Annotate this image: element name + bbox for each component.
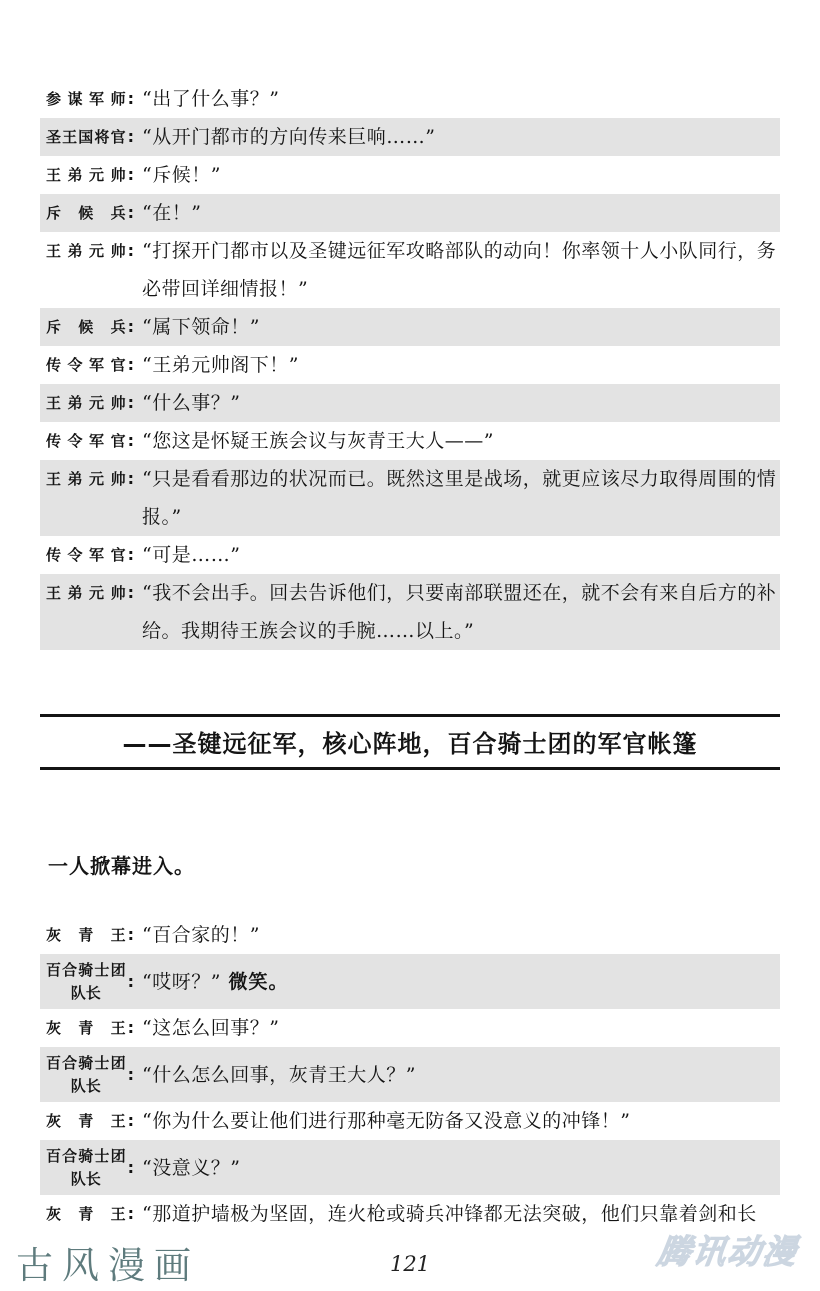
speaker-colon: : — [128, 80, 134, 118]
dialogue-row: 圣王国将官: “从开门都市的方向传来巨响……” — [40, 118, 780, 156]
speaker-colon: : — [128, 308, 134, 346]
dialogue-text: “只是看看那边的状况而已。既然这里是战场，就更应该尽力取得周围的情报。” — [142, 468, 776, 528]
dialogue-text: “出了什么事？” — [142, 88, 279, 110]
dialogue-text: “什么事？” — [142, 392, 240, 414]
speaker-colon: : — [128, 118, 134, 156]
dialogue-row: 王弟元帅: “斥候！” — [40, 156, 780, 194]
speaker-colon: : — [128, 916, 134, 954]
speaker-colon: : — [128, 422, 134, 460]
dialogue-line: “在！” — [142, 194, 780, 232]
speaker-name: 王弟元帅: — [46, 460, 134, 498]
speaker-text: 灰 青 王 — [46, 1195, 126, 1233]
speaker-name: 灰 青 王: — [46, 1009, 134, 1047]
dialogue-line: “什么事？” — [142, 384, 780, 422]
speaker-text: 王弟元帅 — [46, 574, 126, 612]
speaker-text: 传令军官 — [46, 536, 126, 574]
speaker-name: 王弟元帅: — [46, 232, 134, 270]
speaker-text: 参谋军师 — [46, 80, 126, 118]
speaker-name: 斥 候 兵: — [46, 308, 134, 346]
dialogue-line: “王弟元帅阁下！” — [142, 346, 780, 384]
dialogue-line: “您这是怀疑王族会议与灰青王大人——” — [142, 422, 780, 460]
speaker-colon: : — [128, 1009, 134, 1047]
dialogue-text: “您这是怀疑王族会议与灰青王大人——” — [142, 430, 494, 452]
dialogue-line: “从开门都市的方向传来巨响……” — [142, 118, 780, 156]
speaker-name: 斥 候 兵: — [46, 194, 134, 232]
dialogue-text: “在！” — [142, 202, 201, 224]
dialogue-line: “出了什么事？” — [142, 80, 780, 118]
dialogue-row: 参谋军师: “出了什么事？” — [40, 80, 780, 118]
speaker-colon: : — [128, 194, 134, 232]
dialogue-text: “这怎么回事？” — [142, 1017, 279, 1039]
speaker-text: 圣王国将官 — [46, 118, 126, 156]
speaker-colon: : — [128, 346, 134, 384]
speaker-text: 王弟元帅 — [46, 384, 126, 422]
dialogue-line: “这怎么回事？” — [142, 1009, 780, 1047]
dialogue-line: “可是……” — [142, 536, 780, 574]
dialogue-row: 传令军官: “可是……” — [40, 536, 780, 574]
dialogue-line: “打探开门都市以及圣键远征军攻略部队的动向！你率领十人小队同行，务必带回详细情报… — [142, 232, 780, 308]
dialogue-text: “百合家的！” — [142, 924, 260, 946]
page-content: 参谋军师: “出了什么事？” 圣王国将官: “从开门都市的方向传来巨响……” 王… — [0, 0, 820, 1233]
speaker-name: 百合骑士团队长: — [46, 959, 134, 1005]
dialogue-line: “哎呀？” 微笑。 — [142, 963, 780, 1001]
dialogue-row: 斥 候 兵: “属下领命！” — [40, 308, 780, 346]
stage-direction: 一人掀幕进入。 — [40, 850, 780, 879]
dialogue-line: “没意义？” — [142, 1149, 780, 1187]
speaker-text: 传令军官 — [46, 346, 126, 384]
dialogue-row: 灰 青 王: “百合家的！” — [40, 916, 780, 954]
speaker-colon: : — [128, 156, 134, 194]
speaker-name: 传令军官: — [46, 536, 134, 574]
dialogue-line: “属下领命！” — [142, 308, 780, 346]
dialogue-text: “斥候！” — [142, 164, 221, 186]
dialogue-line: “只是看看那边的状况而已。既然这里是战场，就更应该尽力取得周围的情报。” — [142, 460, 780, 536]
dialogue-line: “你为什么要让他们进行那种毫无防备又没意义的冲锋！” — [142, 1102, 780, 1140]
action-text: 微笑。 — [221, 971, 289, 993]
dialogue-row: 斥 候 兵: “在！” — [40, 194, 780, 232]
speaker-name: 圣王国将官: — [46, 118, 134, 156]
dialogue-row: 王弟元帅: “只是看看那边的状况而已。既然这里是战场，就更应该尽力取得周围的情报… — [40, 460, 780, 536]
dialogue-text: “从开门都市的方向传来巨响……” — [142, 126, 435, 148]
speaker-text: 百合骑士团队长 — [46, 1052, 126, 1098]
dialogue-section-officer-tent: 灰 青 王: “百合家的！” 百合骑士团队长: “哎呀？” 微笑。 灰 青 王:… — [40, 916, 780, 1233]
dialogue-text: “你为什么要让他们进行那种毫无防备又没意义的冲锋！” — [142, 1110, 630, 1132]
speaker-colon: : — [128, 384, 134, 422]
speaker-name: 传令军官: — [46, 422, 134, 460]
dialogue-row: 传令军官: “您这是怀疑王族会议与灰青王大人——” — [40, 422, 780, 460]
speaker-name: 参谋军师: — [46, 80, 134, 118]
dialogue-row: 传令军官: “王弟元帅阁下！” — [40, 346, 780, 384]
speaker-name: 传令军官: — [46, 346, 134, 384]
speaker-text: 王弟元帅 — [46, 232, 126, 270]
speaker-colon: : — [128, 232, 134, 270]
speaker-name: 百合骑士团队长: — [46, 1145, 134, 1191]
speaker-text: 斥 候 兵 — [46, 308, 126, 346]
dialogue-text: “哎呀？” — [142, 971, 221, 993]
dialogue-row: 百合骑士团队长: “什么怎么回事，灰青王大人？” — [40, 1047, 780, 1102]
speaker-text: 百合骑士团队长 — [46, 1145, 126, 1191]
script-page: 参谋军师: “出了什么事？” 圣王国将官: “从开门都市的方向传来巨响……” 王… — [0, 0, 820, 1291]
speaker-colon: : — [128, 574, 134, 612]
speaker-colon: : — [128, 536, 134, 574]
dialogue-line: “斥候！” — [142, 156, 780, 194]
speaker-text: 斥 候 兵 — [46, 194, 126, 232]
speaker-colon: : — [128, 1195, 134, 1233]
speaker-text: 灰 青 王 — [46, 916, 126, 954]
dialogue-line: “我不会出手。回去告诉他们，只要南部联盟还在，就不会有来自后方的补给。我期待王族… — [142, 574, 780, 650]
dialogue-row: 百合骑士团队长: “没意义？” — [40, 1140, 780, 1195]
dialogue-text: “王弟元帅阁下！” — [142, 354, 299, 376]
speaker-name: 灰 青 王: — [46, 916, 134, 954]
speaker-colon: : — [128, 970, 134, 993]
dialogue-text: “什么怎么回事，灰青王大人？” — [142, 1064, 416, 1086]
dialogue-section-royal-camp: 参谋军师: “出了什么事？” 圣王国将官: “从开门都市的方向传来巨响……” 王… — [40, 80, 780, 650]
speaker-text: 灰 青 王 — [46, 1009, 126, 1047]
speaker-text: 王弟元帅 — [46, 156, 126, 194]
speaker-text: 灰 青 王 — [46, 1102, 126, 1140]
dialogue-line: “百合家的！” — [142, 916, 780, 954]
dialogue-row: 王弟元帅: “我不会出手。回去告诉他们，只要南部联盟还在，就不会有来自后方的补给… — [40, 574, 780, 650]
speaker-colon: : — [128, 1102, 134, 1140]
speaker-colon: : — [128, 1063, 134, 1086]
speaker-name: 灰 青 王: — [46, 1195, 134, 1233]
dialogue-text: “那道护墙极为坚固，连火枪或骑兵冲锋都无法突破，他们只靠着剑和长 — [142, 1203, 757, 1225]
tencent-comics-logo: 腾讯动漫 — [655, 1226, 802, 1273]
speaker-name: 王弟元帅: — [46, 574, 134, 612]
speaker-text: 百合骑士团队长 — [46, 959, 126, 1005]
speaker-name: 百合骑士团队长: — [46, 1052, 134, 1098]
dialogue-row: 王弟元帅: “打探开门都市以及圣键远征军攻略部队的动向！你率领十人小队同行，务必… — [40, 232, 780, 308]
dialogue-row: 百合骑士团队长: “哎呀？” 微笑。 — [40, 954, 780, 1009]
dialogue-text: “属下领命！” — [142, 316, 260, 338]
speaker-text: 传令军官 — [46, 422, 126, 460]
speaker-colon: : — [128, 1156, 134, 1179]
scene-title: ——圣键远征军，核心阵地，百合骑士团的军官帐篷 — [40, 717, 780, 767]
speaker-name: 王弟元帅: — [46, 384, 134, 422]
speaker-colon: : — [128, 460, 134, 498]
dialogue-text: “没意义？” — [142, 1157, 240, 1179]
speaker-text: 王弟元帅 — [46, 460, 126, 498]
divider-rule-bottom — [40, 767, 780, 770]
speaker-name: 灰 青 王: — [46, 1102, 134, 1140]
speaker-name: 王弟元帅: — [46, 156, 134, 194]
dialogue-row: 灰 青 王: “这怎么回事？” — [40, 1009, 780, 1047]
dialogue-row: 王弟元帅: “什么事？” — [40, 384, 780, 422]
dialogue-line: “什么怎么回事，灰青王大人？” — [142, 1056, 780, 1094]
dialogue-text: “打探开门都市以及圣键远征军攻略部队的动向！你率领十人小队同行，务必带回详细情报… — [142, 240, 776, 300]
dialogue-text: “可是……” — [142, 544, 240, 566]
scene-header: ——圣键远征军，核心阵地，百合骑士团的军官帐篷 — [40, 714, 780, 770]
dialogue-row: 灰 青 王: “你为什么要让他们进行那种毫无防备又没意义的冲锋！” — [40, 1102, 780, 1140]
dialogue-text: “我不会出手。回去告诉他们，只要南部联盟还在，就不会有来自后方的补给。我期待王族… — [142, 582, 776, 642]
